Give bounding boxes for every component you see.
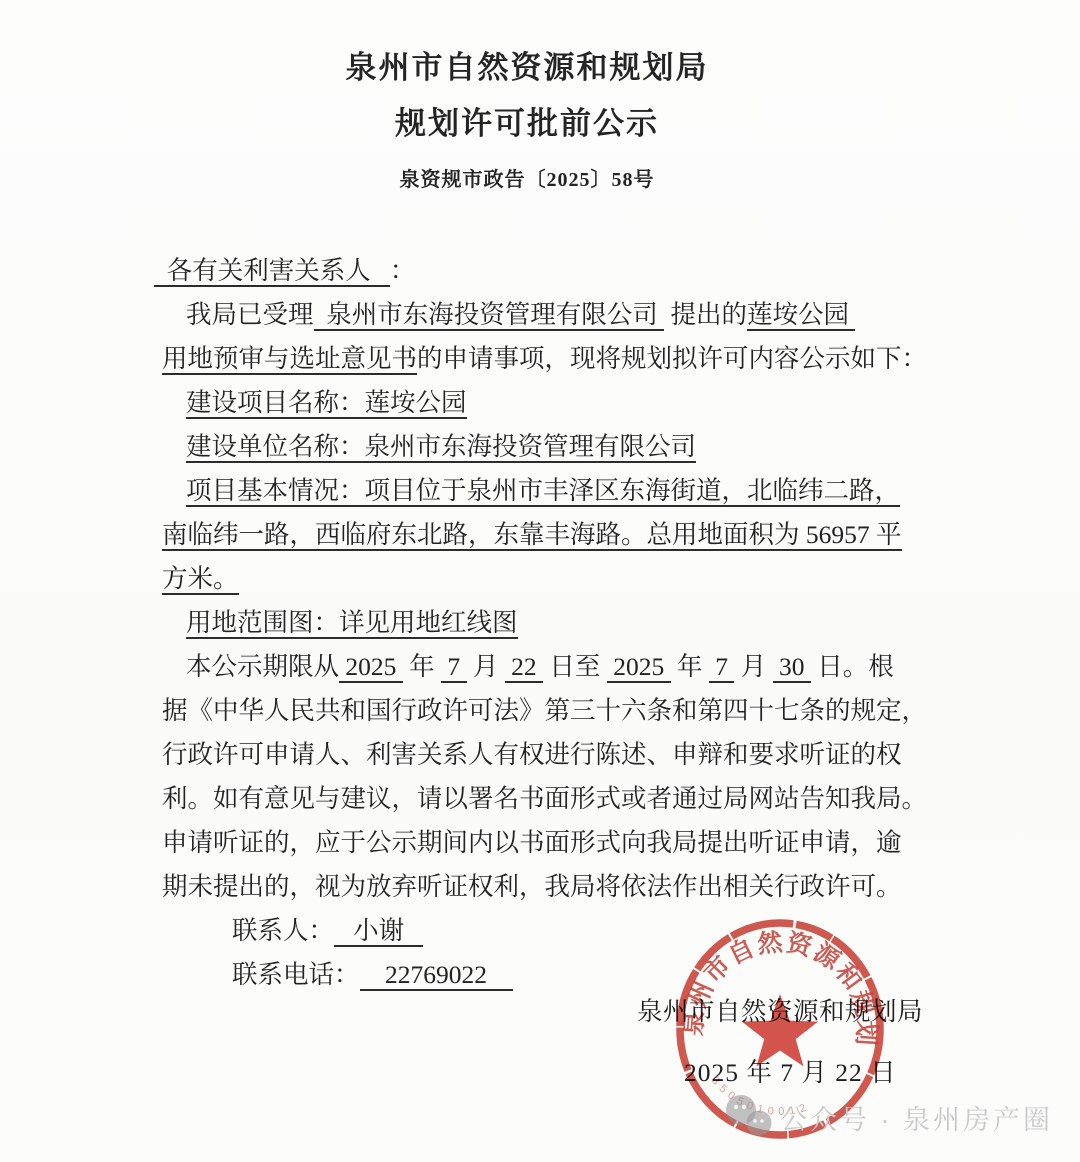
chat-bubbles-icon	[724, 1092, 776, 1142]
body-line: 用地预审与选址意见书的申请事项，现将规划拟许可内容公示如下：	[162, 337, 952, 381]
document-title: 泉州市自然资源和规划局	[0, 42, 1067, 87]
document-number: 泉资规市政告〔2025〕58号	[0, 163, 1067, 192]
body-text: 联系人：	[232, 916, 334, 945]
underlined-field: 各有关利害关系人	[154, 256, 390, 287]
body-text: ：	[390, 256, 416, 285]
underlined-field: 南临纬一路，西临府东北路，东靠丰海路。总用地面积为 56957 平	[162, 520, 902, 551]
body-line: 建设项目名称：莲垵公园	[186, 381, 952, 425]
watermark-text: 公众号 · 泉州房产圈	[780, 1098, 1053, 1137]
watermark: 公众号 · 泉州房产圈	[724, 1092, 1053, 1142]
body-text: 我局已受理	[186, 300, 314, 329]
body-text: 联系电话：	[232, 960, 360, 989]
body-line: 南临纬一路，西临府东北路，东靠丰海路。总用地面积为 56957 平	[162, 513, 952, 557]
body-line: 项目基本情况：项目位于泉州市丰泽区东海街道，北临纬二路，	[186, 469, 952, 513]
underlined-field: 7	[441, 652, 467, 683]
body-text: 日。根	[811, 652, 894, 681]
document-body: 各有关利害关系人 ：我局已受理 泉州市东海投资管理有限公司 提出的莲垵公园 用地…	[162, 249, 952, 997]
underlined-field: 方米。	[162, 564, 239, 595]
underlined-field: 7	[709, 652, 735, 683]
body-line: 各有关利害关系人 ：	[154, 249, 952, 293]
body-text: 月	[467, 652, 505, 681]
body-line: 我局已受理 泉州市东海投资管理有限公司 提出的莲垵公园	[186, 293, 952, 337]
body-text: 月	[734, 652, 772, 681]
body-line: 方米。	[162, 557, 952, 601]
underlined-field: 2025	[339, 652, 403, 683]
body-text: 年	[403, 652, 441, 681]
seal-star-icon	[742, 994, 818, 1066]
document-subtitle: 规划许可批前公示	[0, 98, 1067, 143]
body-line: 期未提出的，视为放弃听证权利，我局将依法作出相关行政许可。	[162, 865, 952, 909]
body-text: 提出的	[664, 300, 747, 329]
underlined-field: 用地预审与选址意见书	[162, 344, 417, 375]
body-text: 年	[671, 652, 709, 681]
body-text: 日至	[543, 652, 607, 681]
body-line: 申请听证的，应于公示期间内以书面形式向我局提出听证申请，逾	[162, 821, 952, 865]
underlined-field: 项目基本情况：项目位于泉州市丰泽区东海街道，北临纬二路，	[186, 476, 900, 507]
underlined-field: 22	[505, 652, 543, 683]
body-text: 的申请事项，现将规划拟许可内容公示如下：	[417, 344, 927, 373]
underlined-field: 用地范围图：详见用地红线图	[186, 608, 518, 639]
body-text: 申请听证的，应于公示期间内以书面形式向我局提出听证申请，逾	[162, 828, 902, 857]
body-line: 本公示期限从 2025 年 7 月 22 日至 2025 年 7 月 30 日。…	[186, 645, 952, 689]
body-text: 利。如有意见与建议，请以署名书面形式或者通过局网站告知我局。	[162, 784, 927, 813]
body-text: 行政许可申请人、利害关系人有权进行陈述、申辩和要求听证的权	[162, 740, 902, 769]
underlined-field: 2025	[607, 652, 671, 683]
underlined-field: 22769022	[360, 960, 513, 991]
body-line: 用地范围图：详见用地红线图	[186, 601, 952, 645]
underlined-field: 建设项目名称：莲垵公园	[186, 388, 467, 419]
body-text: 期未提出的，视为放弃听证权利，我局将依法作出相关行政许可。	[162, 872, 902, 901]
body-line: 利。如有意见与建议，请以署名书面形式或者通过局网站告知我局。	[162, 777, 952, 821]
body-text: 据《中华人民共和国行政许可法》第三十六条和第四十七条的规定，	[162, 696, 927, 725]
underlined-field: 建设单位名称：泉州市东海投资管理有限公司	[186, 432, 696, 463]
body-line: 行政许可申请人、利害关系人有权进行陈述、申辩和要求听证的权	[162, 733, 952, 777]
underlined-field: 泉州市东海投资管理有限公司	[314, 300, 665, 331]
underlined-field: 30	[773, 652, 811, 683]
body-line: 据《中华人民共和国行政许可法》第三十六条和第四十七条的规定，	[162, 689, 952, 733]
document-page: 泉州市自然资源和规划局 规划许可批前公示 泉资规市政告〔2025〕58号 各有关…	[0, 0, 1080, 1162]
body-text: 本公示期限从	[186, 652, 339, 681]
underlined-field: 莲垵公园	[747, 300, 855, 331]
body-line: 建设单位名称：泉州市东海投资管理有限公司	[186, 425, 952, 469]
underlined-field: 小谢	[334, 916, 423, 947]
